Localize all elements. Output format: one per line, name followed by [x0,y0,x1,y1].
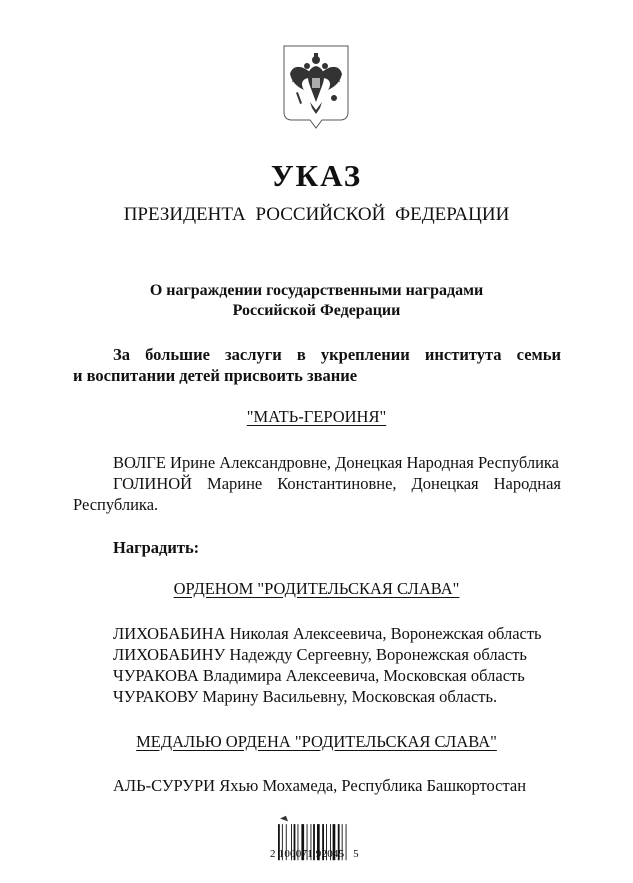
intro-line-2: и воспитании детей присвоить звание [73,365,561,386]
heading-line-1: О награждении государственными наградами [0,281,633,301]
entry: АЛЬ-СУРУРИ Яхью Мохамеда, Республика Баш… [113,775,561,796]
section-1-title: "МАТЬ-ГЕРОИНЯ" [0,407,633,427]
section-2-title: ОРДЕНОМ "РОДИТЕЛЬСКАЯ СЛАВА" [0,579,633,599]
barcode-number: 2 100071 92045 5 [270,848,390,860]
document-page: УКАЗ ПРЕЗИДЕНТА РОССИЙСКОЙ ФЕДЕРАЦИИ О н… [0,0,633,883]
section-2-entries: ЛИХОБАБИНА Николая Алексеевича, Воронежс… [73,623,561,707]
section-3-title: МЕДАЛЬЮ ОРДЕНА "РОДИТЕЛЬСКАЯ СЛАВА" [0,732,633,752]
heading-line-2: Российской Федерации [0,301,633,321]
coat-of-arms-icon [280,42,352,134]
entry: ВОЛГЕ Ирине Александровне, Донецкая Наро… [73,452,561,473]
entry: ЧУРАКОВУ Марину Васильевну, Московская о… [113,686,561,707]
entry-continuation: Республика. [73,494,561,515]
award-label: Наградить: [73,537,601,558]
document-subtitle: ПРЕЗИДЕНТА РОССИЙСКОЙ ФЕДЕРАЦИИ [0,204,633,226]
entry: ГОЛИНОЙ Марине Константиновне, Донецкая … [73,473,561,494]
intro-paragraph: За большие заслуги в укреплении институт… [73,344,561,386]
decree-heading: О награждении государственными наградами… [0,281,633,321]
section-1-entries: ВОЛГЕ Ирине Александровне, Донецкая Наро… [73,452,561,515]
entry: ЛИХОБАБИНА Николая Алексеевича, Воронежс… [113,623,561,644]
section-3-entries: АЛЬ-СУРУРИ Яхью Мохамеда, Республика Баш… [73,775,561,796]
document-title: УКАЗ [0,158,633,194]
entry: ЧУРАКОВА Владимира Алексеевича, Московск… [113,665,561,686]
intro-line-1: За большие заслуги в укреплении институт… [73,344,561,365]
entry: ЛИХОБАБИНУ Надежду Сергеевну, Воронежска… [113,644,561,665]
